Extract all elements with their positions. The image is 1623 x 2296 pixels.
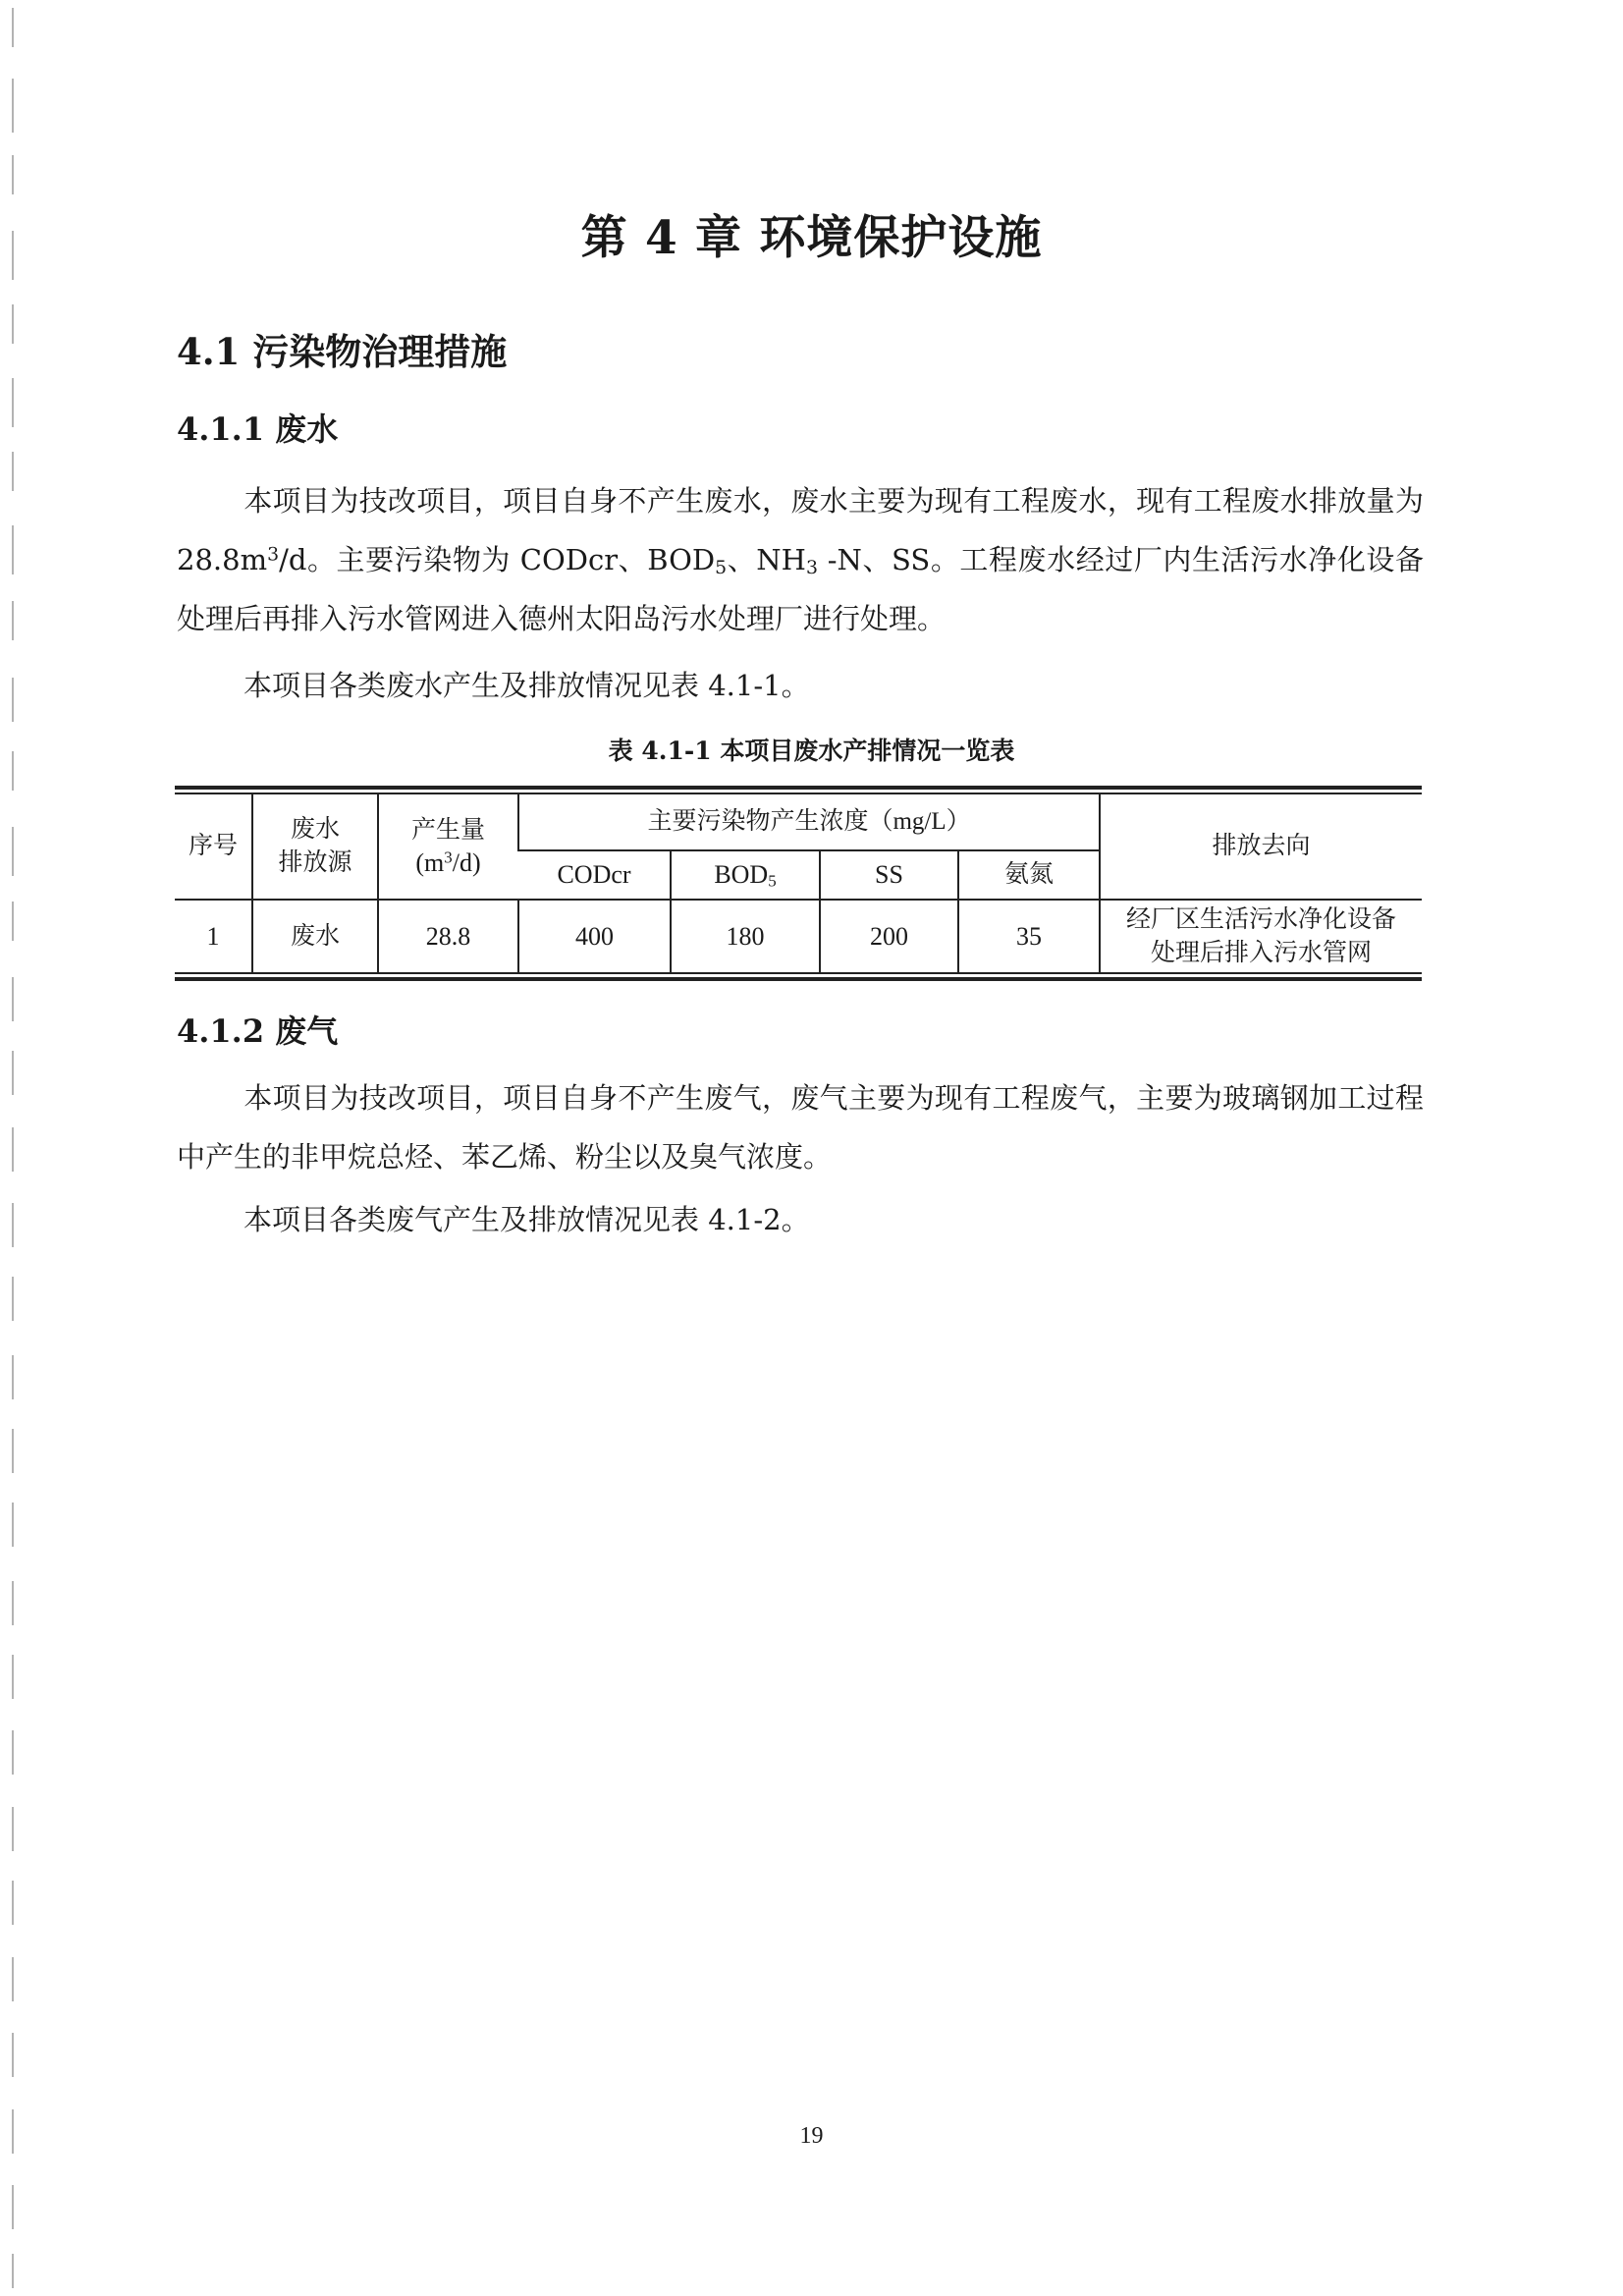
superscript: 3 [267, 545, 279, 566]
header-concentration-group: 主要污染物产生浓度（mg/L） [518, 794, 1100, 850]
section-heading-4-1: 4.1 污染物治理措施 [177, 322, 507, 375]
header-source-line1: 废水 [253, 813, 377, 847]
wastewater-text-part2: /d。主要污染物为 CODcr、BOD [279, 543, 715, 576]
header-source: 废水排放源 [252, 794, 378, 900]
cell-destination: 经厂区生活污水净化设备处理后排入污水管网 [1100, 900, 1422, 972]
cell-source: 废水 [252, 900, 378, 972]
section-heading-4-1-1: 4.1.1 废水 [177, 405, 338, 450]
header-volume: 产生量(m3/d) [378, 794, 518, 900]
cell-codcr: 400 [518, 900, 671, 972]
header-source-line2: 排放源 [253, 847, 377, 880]
wastewater-data-table: 序号 废水排放源 产生量(m3/d) 主要污染物产生浓度（mg/L） 排放去向 … [175, 794, 1422, 972]
exhaust-gas-text: 本项目为技改项目，项目自身不产生废气，废气主要为现有工程废气，主要为玻璃钢加工过… [177, 1081, 1424, 1174]
wastewater-text-part3: 、NH [727, 543, 806, 576]
wastewater-table-reference: 本项目各类废水产生及排放情况见表 4.1-1。 [177, 656, 1424, 715]
header-ammonia: 氨氮 [958, 850, 1100, 900]
table-bottom-rule-thick [175, 977, 1422, 981]
exhaust-gas-table-reference: 本项目各类废气产生及排放情况见表 4.1-2。 [177, 1190, 1424, 1249]
header-volume-line1: 产生量 [379, 813, 517, 847]
header-volume-unit: (m3/d) [379, 847, 517, 880]
cell-destination-line2: 处理后排入污水管网 [1101, 937, 1422, 970]
header-destination: 排放去向 [1100, 794, 1422, 900]
subscript: 5 [715, 558, 727, 578]
cell-bod5: 180 [671, 900, 820, 972]
section-heading-4-1-2: 4.1.2 废气 [177, 1007, 338, 1052]
exhaust-gas-paragraph: 本项目为技改项目，项目自身不产生废气，废气主要为现有工程废气，主要为玻璃钢加工过… [177, 1068, 1424, 1186]
cell-ammonia: 35 [958, 900, 1100, 972]
wastewater-table: 序号 废水排放源 产生量(m3/d) 主要污染物产生浓度（mg/L） 排放去向 … [175, 786, 1422, 981]
chapter-title: 第 4 章 环境保护设施 [0, 201, 1623, 267]
exhaust-gas-table-reference-text: 本项目各类废气产生及排放情况见表 4.1-2。 [243, 1203, 810, 1236]
header-bod5: BOD5 [671, 850, 820, 900]
header-ss: SS [820, 850, 958, 900]
cell-volume: 28.8 [378, 900, 518, 972]
subscript: 3 [806, 558, 818, 578]
document-page: 第 4 章 环境保护设施 4.1 污染物治理措施 4.1.1 废水 本项目为技改… [0, 0, 1623, 2296]
wastewater-table-reference-text: 本项目各类废水产生及排放情况见表 4.1-1。 [243, 669, 810, 702]
cell-ss: 200 [820, 900, 958, 972]
header-seq: 序号 [175, 794, 252, 900]
cell-seq: 1 [175, 900, 252, 972]
wastewater-paragraph: 本项目为技改项目，项目自身不产生废水，废水主要为现有工程废水，现有工程废水排放量… [177, 471, 1424, 648]
cell-destination-line1: 经厂区生活污水净化设备 [1101, 903, 1422, 937]
table-row: 1 废水 28.8 400 180 200 35 经厂区生活污水净化设备处理后排… [175, 900, 1422, 972]
page-number: 19 [0, 2123, 1623, 2150]
header-codcr: CODcr [518, 850, 671, 900]
table-caption: 表 4.1-1 本项目废水产排情况一览表 [0, 732, 1623, 767]
